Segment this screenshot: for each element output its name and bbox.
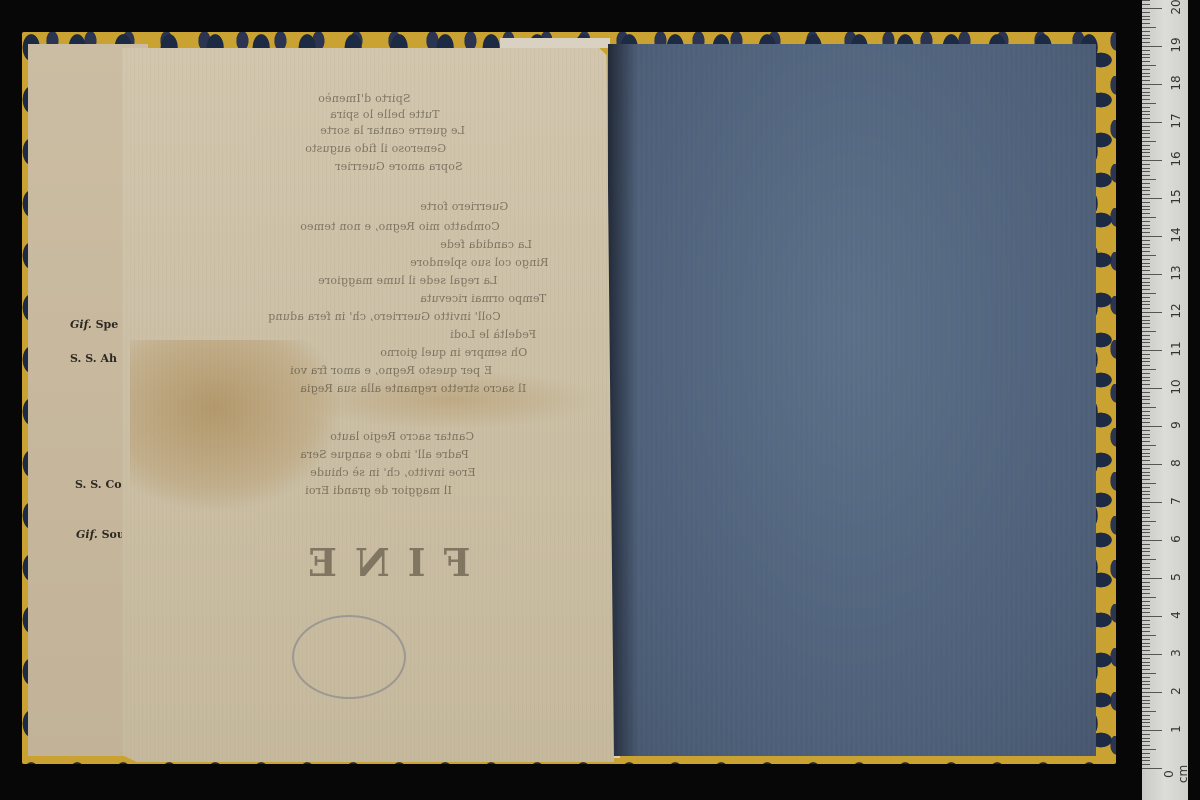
- ruler-tick: [1142, 111, 1150, 112]
- ruler-tick: [1142, 99, 1150, 100]
- ruler-tick: [1142, 597, 1156, 598]
- ruler-tick: [1142, 156, 1150, 157]
- ruler-tick: [1142, 232, 1150, 233]
- ruler-tick: [1142, 510, 1150, 511]
- ruler-tick: [1142, 130, 1150, 131]
- ruler-tick: [1142, 225, 1150, 226]
- show-through-text: Spirto d'Imenèo: [318, 92, 410, 105]
- ruler-tick: [1142, 741, 1150, 742]
- ruler-tick: [1142, 468, 1150, 469]
- ruler-tick: [1142, 160, 1162, 161]
- show-through-text: Guerriero forte: [420, 200, 508, 213]
- ruler-tick: [1142, 582, 1150, 583]
- ruler-tick: [1142, 114, 1150, 115]
- ruler-tick: [1142, 27, 1156, 28]
- ruler-tick: [1142, 4, 1150, 5]
- ruler-tick: [1142, 483, 1156, 484]
- ruler-tick: [1142, 696, 1150, 697]
- ruler-tick: [1142, 221, 1150, 222]
- ruler-tick: [1142, 399, 1150, 400]
- ruler-tick: [1142, 73, 1150, 74]
- ruler-tick: [1142, 175, 1150, 176]
- ruler-tick: [1142, 441, 1150, 442]
- ruler-tick: [1142, 8, 1162, 9]
- show-through-text: Sopra amore Guerrier: [335, 160, 463, 173]
- ruler-tick: [1142, 574, 1150, 575]
- ruler-tick: [1142, 620, 1150, 621]
- ruler-label: 19: [1169, 35, 1183, 55]
- blue-endpaper: [608, 44, 1096, 756]
- ruler-tick: [1142, 586, 1150, 587]
- ruler-tick: [1142, 665, 1150, 666]
- ruler-tick: [1142, 183, 1150, 184]
- library-stamp: [292, 615, 406, 699]
- ruler-tick: [1142, 734, 1150, 735]
- ruler-tick: [1142, 677, 1150, 678]
- ruler-tick: [1142, 608, 1150, 609]
- ruler-tick: [1142, 589, 1150, 590]
- ruler-label: 10: [1169, 377, 1183, 397]
- ruler-tick: [1142, 578, 1162, 579]
- ruler-tick: [1142, 753, 1150, 754]
- show-through-text: Il maggior de grandi Eroi: [305, 484, 452, 497]
- show-through-text: Fedeltà le Lodi: [450, 328, 536, 341]
- ruler-tick: [1142, 719, 1150, 720]
- ruler-tick: [1142, 92, 1150, 93]
- ruler-tick: [1142, 206, 1150, 207]
- ruler-tick: [1142, 521, 1156, 522]
- ruler-tick: [1142, 217, 1156, 218]
- ruler-tick: [1142, 263, 1150, 264]
- spine-paper-strip: [500, 38, 610, 48]
- ruler-tick: [1142, 700, 1150, 701]
- ruler-tick: [1142, 244, 1150, 245]
- ruler-tick: [1142, 434, 1150, 435]
- ruler-tick: [1142, 479, 1150, 480]
- ruler-tick: [1142, 179, 1156, 180]
- ruler-tick: [1142, 42, 1150, 43]
- ruler-tick: [1142, 126, 1150, 127]
- ruler-tick: [1142, 198, 1162, 199]
- ruler-tick: [1142, 327, 1150, 328]
- ruler-label: 5: [1169, 567, 1183, 587]
- ruler-tick: [1142, 703, 1150, 704]
- ruler-tick: [1142, 339, 1150, 340]
- show-through-text: Cantar sacro Regio lauto: [330, 430, 474, 443]
- ruler-tick: [1142, 65, 1156, 66]
- centimetre-ruler: 0 cm1234567891011121314151617181920: [1142, 0, 1188, 800]
- ruler-tick: [1142, 418, 1150, 419]
- ruler-tick: [1142, 164, 1150, 165]
- ruler-tick: [1142, 715, 1150, 716]
- fine-closing-word: FINE: [290, 540, 470, 585]
- ruler-label: 4: [1169, 605, 1183, 625]
- ruler-label: 18: [1169, 73, 1183, 93]
- ruler-tick: [1142, 392, 1150, 393]
- ruler-tick: [1142, 323, 1150, 324]
- ruler-tick: [1142, 388, 1162, 389]
- ruler-tick: [1142, 738, 1150, 739]
- ruler-tick: [1142, 57, 1150, 58]
- ruler-tick: [1142, 54, 1150, 55]
- ruler-label: 3: [1169, 643, 1183, 663]
- ruler-label: 11: [1169, 339, 1183, 359]
- ruler-tick: [1142, 688, 1150, 689]
- ruler-tick: [1142, 415, 1150, 416]
- ruler-tick: [1142, 654, 1162, 655]
- ruler-label: 14: [1169, 225, 1183, 245]
- ruler-tick: [1142, 506, 1150, 507]
- ruler-tick: [1142, 513, 1150, 514]
- water-stain: [300, 370, 600, 430]
- ruler-tick: [1142, 316, 1150, 317]
- show-through-text: Tutte belle lo spira: [330, 108, 440, 121]
- ruler-tick: [1142, 430, 1150, 431]
- ruler-tick: [1142, 213, 1150, 214]
- ruler-tick: [1142, 407, 1156, 408]
- cast-line: Gif. Spe: [70, 318, 118, 331]
- ruler-tick: [1142, 601, 1150, 602]
- ruler-tick: [1142, 464, 1162, 465]
- ruler-label: 6: [1169, 529, 1183, 549]
- ruler-tick: [1142, 152, 1150, 153]
- ruler-tick: [1142, 141, 1156, 142]
- ruler-tick: [1142, 764, 1150, 765]
- ruler-tick: [1142, 259, 1150, 260]
- ruler-tick: [1142, 380, 1150, 381]
- ruler-tick: [1142, 673, 1156, 674]
- ruler-tick: [1142, 270, 1150, 271]
- ruler-tick: [1142, 722, 1150, 723]
- ruler-tick: [1142, 103, 1156, 104]
- ruler-tick: [1142, 297, 1150, 298]
- ruler-label: 17: [1169, 111, 1183, 131]
- ruler-tick: [1142, 293, 1156, 294]
- ruler-tick: [1142, 373, 1150, 374]
- ruler-tick: [1142, 456, 1150, 457]
- ruler-tick: [1142, 681, 1150, 682]
- ruler-tick: [1142, 669, 1150, 670]
- ruler-tick: [1142, 61, 1150, 62]
- ruler-tick: [1142, 171, 1150, 172]
- ruler-label: 2: [1169, 681, 1183, 701]
- ruler-tick: [1142, 498, 1150, 499]
- ruler-tick: [1142, 76, 1150, 77]
- show-through-text: La candida fede: [440, 238, 532, 251]
- ruler-tick: [1142, 570, 1150, 571]
- ruler-tick: [1142, 228, 1150, 229]
- ruler-label: 9: [1169, 415, 1183, 435]
- ruler-tick: [1142, 38, 1150, 39]
- ruler-label: 7: [1169, 491, 1183, 511]
- show-through-text: E per questo Regno, e amor fra voi: [290, 364, 492, 377]
- ruler-tick: [1142, 80, 1150, 81]
- ruler-tick: [1142, 437, 1150, 438]
- ruler-tick: [1142, 491, 1150, 492]
- ruler-tick: [1142, 285, 1150, 286]
- ruler-tick: [1142, 445, 1156, 446]
- ruler-tick: [1142, 532, 1150, 533]
- ruler-tick: [1142, 247, 1150, 248]
- ruler-tick: [1142, 475, 1150, 476]
- ruler-tick: [1142, 31, 1150, 32]
- ruler-tick: [1142, 342, 1150, 343]
- ruler-tick: [1142, 69, 1150, 70]
- ruler-tick: [1142, 84, 1162, 85]
- show-through-text: Combatto mio Regno, e non temeo: [300, 220, 500, 233]
- ruler-tick: [1142, 335, 1150, 336]
- ruler-tick: [1142, 730, 1162, 731]
- ruler-tick: [1142, 365, 1150, 366]
- ruler-tick: [1142, 411, 1150, 412]
- ruler-tick: [1142, 749, 1156, 750]
- ruler-tick: [1142, 202, 1150, 203]
- ruler-tick: [1142, 384, 1150, 385]
- ruler-tick: [1142, 517, 1150, 518]
- ruler-tick: [1142, 50, 1150, 51]
- ruler-tick: [1142, 646, 1150, 647]
- ruler-label: 16: [1169, 149, 1183, 169]
- ruler-tick: [1142, 472, 1150, 473]
- ruler-tick: [1142, 422, 1150, 423]
- ruler-tick: [1142, 88, 1150, 89]
- ruler-tick: [1142, 149, 1150, 150]
- ruler-tick: [1142, 502, 1162, 503]
- ruler-label: 8: [1169, 453, 1183, 473]
- ruler-tick: [1142, 12, 1150, 13]
- ruler-tick: [1142, 255, 1156, 256]
- ruler-tick: [1142, 449, 1150, 450]
- show-through-text: Eroe invitto, ch' in sè chiude: [310, 466, 476, 479]
- ruler-tick: [1142, 540, 1162, 541]
- show-through-text: Il sacro stretto regnante alla sua Regia: [300, 382, 526, 395]
- show-through-text: Padre all' indo e sangue Sera: [300, 448, 469, 461]
- ruler-label: 1: [1169, 719, 1183, 739]
- ruler-tick: [1142, 624, 1150, 625]
- ruler-tick: [1142, 555, 1150, 556]
- ruler-tick: [1142, 346, 1150, 347]
- ruler-tick: [1142, 369, 1156, 370]
- ruler-tick: [1142, 168, 1150, 169]
- cast-line: Gif. Sou: [76, 528, 125, 541]
- ruler-tick: [1142, 95, 1150, 96]
- ruler-tick: [1142, 278, 1150, 279]
- ruler-tick: [1142, 282, 1150, 283]
- ruler-tick: [1142, 187, 1150, 188]
- ruler-label: 20: [1169, 0, 1183, 17]
- ruler-tick: [1142, 627, 1150, 628]
- ruler-tick: [1142, 650, 1150, 651]
- ruler-tick: [1142, 19, 1150, 20]
- ruler-tick: [1142, 494, 1150, 495]
- ruler-tick: [1142, 289, 1150, 290]
- show-through-text: Le guerre cantar la sorte: [320, 124, 465, 137]
- ruler-tick: [1142, 396, 1150, 397]
- ruler-tick: [1142, 544, 1150, 545]
- ruler-tick: [1142, 563, 1150, 564]
- ruler-tick: [1142, 209, 1150, 210]
- ruler-tick: [1142, 358, 1150, 359]
- ruler-tick: [1142, 707, 1150, 708]
- ruler-tick: [1142, 354, 1150, 355]
- ruler-tick: [1142, 137, 1150, 138]
- ruler-tick: [1142, 320, 1150, 321]
- show-through-text: Oh sempre in quel giorno: [380, 346, 527, 359]
- ruler-tick: [1142, 529, 1150, 530]
- ruler-tick: [1142, 711, 1156, 712]
- ruler-tick: [1142, 35, 1150, 36]
- ruler-tick: [1142, 274, 1162, 275]
- ruler-tick: [1142, 551, 1150, 552]
- ruler-tick: [1142, 487, 1150, 488]
- ruler-tick: [1142, 453, 1150, 454]
- ruler-tick: [1142, 643, 1150, 644]
- ruler-tick: [1142, 16, 1150, 17]
- ruler-tick: [1142, 635, 1156, 636]
- ruler-tick: [1142, 377, 1150, 378]
- ruler-tick: [1142, 118, 1150, 119]
- ruler-tick: [1142, 567, 1150, 568]
- ruler-tick: [1142, 593, 1150, 594]
- ruler-tick: [1142, 639, 1150, 640]
- ruler-tick: [1142, 616, 1162, 617]
- ruler-tick: [1142, 760, 1150, 761]
- show-through-text: Ringo col suo splendore: [410, 256, 549, 269]
- ruler-tick: [1142, 145, 1150, 146]
- ruler-tick: [1142, 726, 1150, 727]
- ruler-tick: [1142, 301, 1150, 302]
- ruler-tick: [1142, 331, 1156, 332]
- ruler-tick: [1142, 304, 1150, 305]
- ruler-label: 12: [1169, 301, 1183, 321]
- ruler-tick: [1142, 768, 1162, 769]
- ruler-tick: [1142, 133, 1150, 134]
- ruler-tick: [1142, 658, 1150, 659]
- ruler-tick: [1142, 559, 1156, 560]
- ruler-tick: [1142, 757, 1150, 758]
- show-through-text: Coll' invitto Guerriero, ch' in fera adu…: [268, 310, 501, 323]
- ruler-tick: [1142, 240, 1150, 241]
- ruler-tick: [1142, 122, 1162, 123]
- ruler-tick: [1142, 692, 1162, 693]
- ruler-tick: [1142, 266, 1150, 267]
- ruler-tick: [1142, 426, 1162, 427]
- show-through-text: Tempo ormai ricevuta: [420, 292, 546, 305]
- ruler-tick: [1142, 605, 1150, 606]
- show-through-text: La regal sede il lume maggiore: [318, 274, 498, 287]
- ruler-tick: [1142, 631, 1150, 632]
- ruler-label: 0 cm: [1162, 764, 1190, 784]
- ruler-tick: [1142, 23, 1150, 24]
- ruler-tick: [1142, 536, 1150, 537]
- ruler-tick: [1142, 236, 1162, 237]
- ruler-tick: [1142, 46, 1162, 47]
- ruler-tick: [1142, 308, 1150, 309]
- ruler-tick: [1142, 662, 1150, 663]
- ruler-tick: [1142, 460, 1150, 461]
- ruler-tick: [1142, 612, 1150, 613]
- ruler-tick: [1142, 684, 1150, 685]
- cast-line: S. S. Ah: [70, 352, 117, 365]
- ruler-tick: [1142, 403, 1150, 404]
- ruler-label: 15: [1169, 187, 1183, 207]
- ruler-tick: [1142, 190, 1150, 191]
- ruler-tick: [1142, 194, 1150, 195]
- ruler-tick: [1142, 107, 1150, 108]
- ruler-label: 13: [1169, 263, 1183, 283]
- ruler-tick: [1142, 548, 1150, 549]
- ruler-tick: [1142, 312, 1162, 313]
- show-through-text: Generoso il fido augusto: [305, 142, 446, 155]
- ruler-tick: [1142, 350, 1162, 351]
- ruler-tick: [1142, 525, 1150, 526]
- cast-line: S. S. Co: [75, 478, 122, 491]
- ruler-tick: [1142, 361, 1150, 362]
- ruler-tick: [1142, 251, 1150, 252]
- ruler-tick: [1142, 745, 1150, 746]
- ruler-tick: [1142, 0, 1150, 1]
